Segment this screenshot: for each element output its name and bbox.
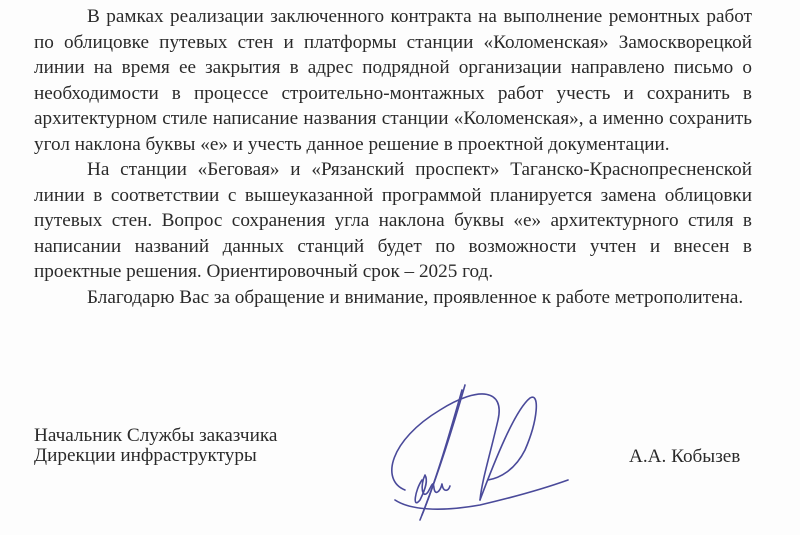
position-line-1: Начальник Службы заказчика — [34, 426, 277, 446]
position-line-2: Дирекции инфраструктуры — [34, 446, 277, 466]
letter-page: В рамках реализации заключенного контрак… — [0, 0, 800, 535]
signer-position: Начальник Службы заказчика Дирекции инфр… — [34, 426, 277, 466]
paragraph-stations: На станции «Беговая» и «Рязанский проспе… — [34, 157, 752, 285]
signer-name: А.А. Кобызев — [629, 446, 740, 468]
paragraph-thanks: Благодарю Вас за обращение и внимание, п… — [34, 285, 752, 311]
handwritten-signature-icon — [370, 380, 570, 530]
letter-body: В рамках реализации заключенного контрак… — [34, 4, 752, 310]
paragraph-contract: В рамках реализации заключенного контрак… — [34, 4, 752, 157]
